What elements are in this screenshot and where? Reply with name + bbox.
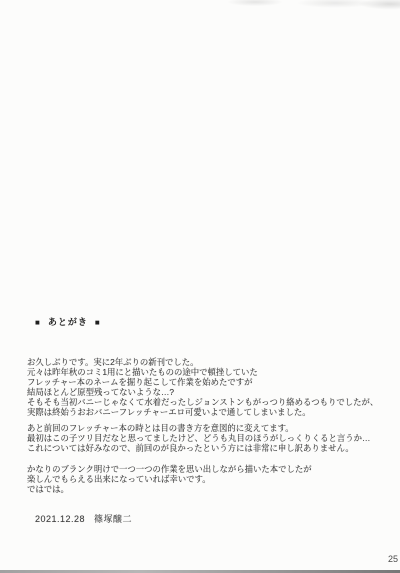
- scan-smudge-top: [225, 0, 400, 10]
- signoff-author: 篠塚醸二: [94, 514, 132, 524]
- heading-title: あとがき: [48, 317, 88, 327]
- square-bullet-icon: ■: [35, 318, 41, 327]
- paragraph-1: お久しぶりです。実に2年ぶりの新刊でした。 元々は昨年秋のコミ1用にと描いたもの…: [27, 357, 393, 417]
- afterword-page: ■あとがき■ お久しぶりです。実に2年ぶりの新刊でした。 元々は昨年秋のコミ1用…: [0, 0, 400, 573]
- signoff: 2021.12.28篠塚醸二: [35, 512, 132, 525]
- signoff-date: 2021.12.28: [35, 514, 85, 524]
- paragraph-2: あと前回のフレッチャー本の時とは目の書き方を意図的に変えてます。 最初はこの子ツ…: [27, 423, 393, 453]
- page-number: 25: [388, 554, 398, 564]
- square-bullet-icon: ■: [95, 318, 101, 327]
- afterword-heading: ■あとがき■: [35, 315, 101, 328]
- paragraph-3: かなりのブランク明けで一つ一つの作業を思い出しながら描いた本でしたが 楽しんでも…: [27, 464, 393, 494]
